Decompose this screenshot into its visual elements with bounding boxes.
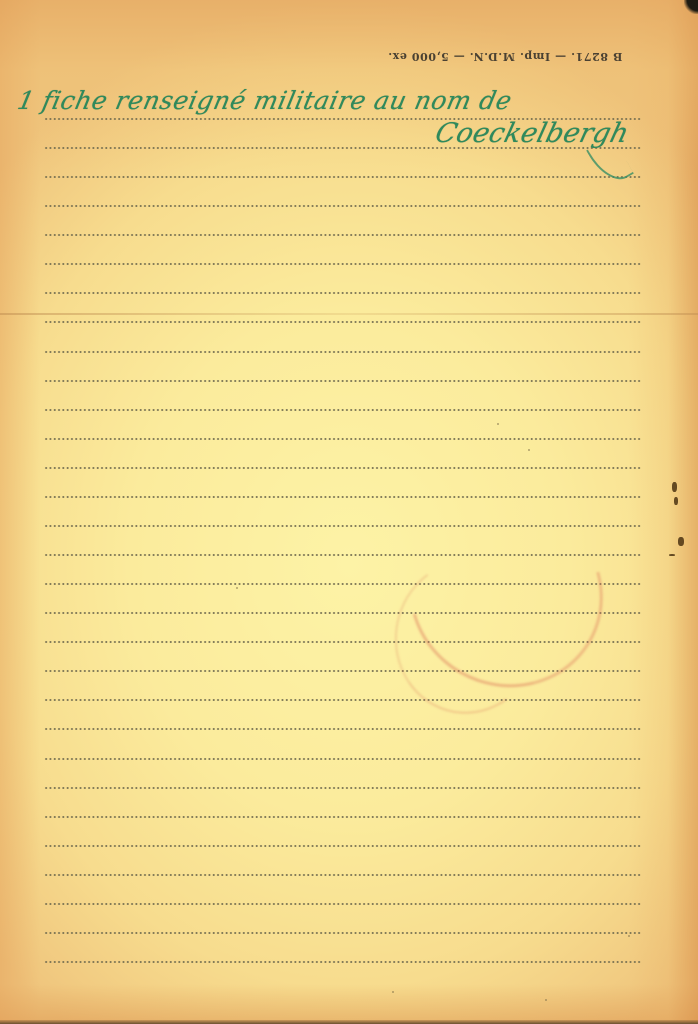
ruled-line [44, 205, 642, 207]
corner-shadow [684, 0, 698, 14]
document-card: B 8271. — Imp. M.D.N. — 5,000 ex. 1 fich… [0, 0, 698, 1024]
ruled-line [44, 525, 642, 527]
ink-spot [674, 497, 678, 505]
ink-spot [669, 554, 675, 556]
stain-arc [375, 463, 638, 722]
ruled-line [44, 961, 642, 963]
ruled-line [44, 670, 642, 672]
ruled-line [44, 263, 642, 265]
ruled-line [44, 554, 642, 556]
speck [528, 449, 530, 451]
speck [497, 423, 499, 425]
ruled-line [44, 438, 642, 440]
ruled-line [44, 467, 642, 469]
ruled-line [44, 496, 642, 498]
ruled-line [44, 409, 642, 411]
ruled-line [44, 932, 642, 934]
handwritten-line-1: 1 fiche renseigné militaire au nom de [15, 86, 515, 115]
speck [392, 991, 394, 993]
speck [545, 999, 547, 1001]
ruled-line [44, 176, 642, 178]
ruled-line [44, 234, 642, 236]
ruled-line [44, 292, 642, 294]
speck [236, 587, 238, 589]
ruled-line [44, 321, 642, 323]
ruled-line [44, 787, 642, 789]
ruled-line [44, 845, 642, 847]
ruled-line [44, 758, 642, 760]
ruled-line [44, 641, 642, 643]
speck [628, 935, 630, 937]
ruled-line [44, 903, 642, 905]
ruled-line [44, 699, 642, 701]
ruled-line [44, 351, 642, 353]
printer-imprint: B 8271. — Imp. M.D.N. — 5,000 ex. [360, 50, 650, 63]
ink-spot [672, 482, 677, 492]
ink-spot [678, 537, 684, 546]
ruled-line [44, 583, 642, 585]
ruled-line [44, 728, 642, 730]
ruled-line [44, 612, 642, 614]
ruled-line [44, 380, 642, 382]
bottom-edge [0, 1020, 698, 1024]
ruled-line [44, 874, 642, 876]
fold-crease [0, 313, 698, 315]
ruled-line [44, 816, 642, 818]
